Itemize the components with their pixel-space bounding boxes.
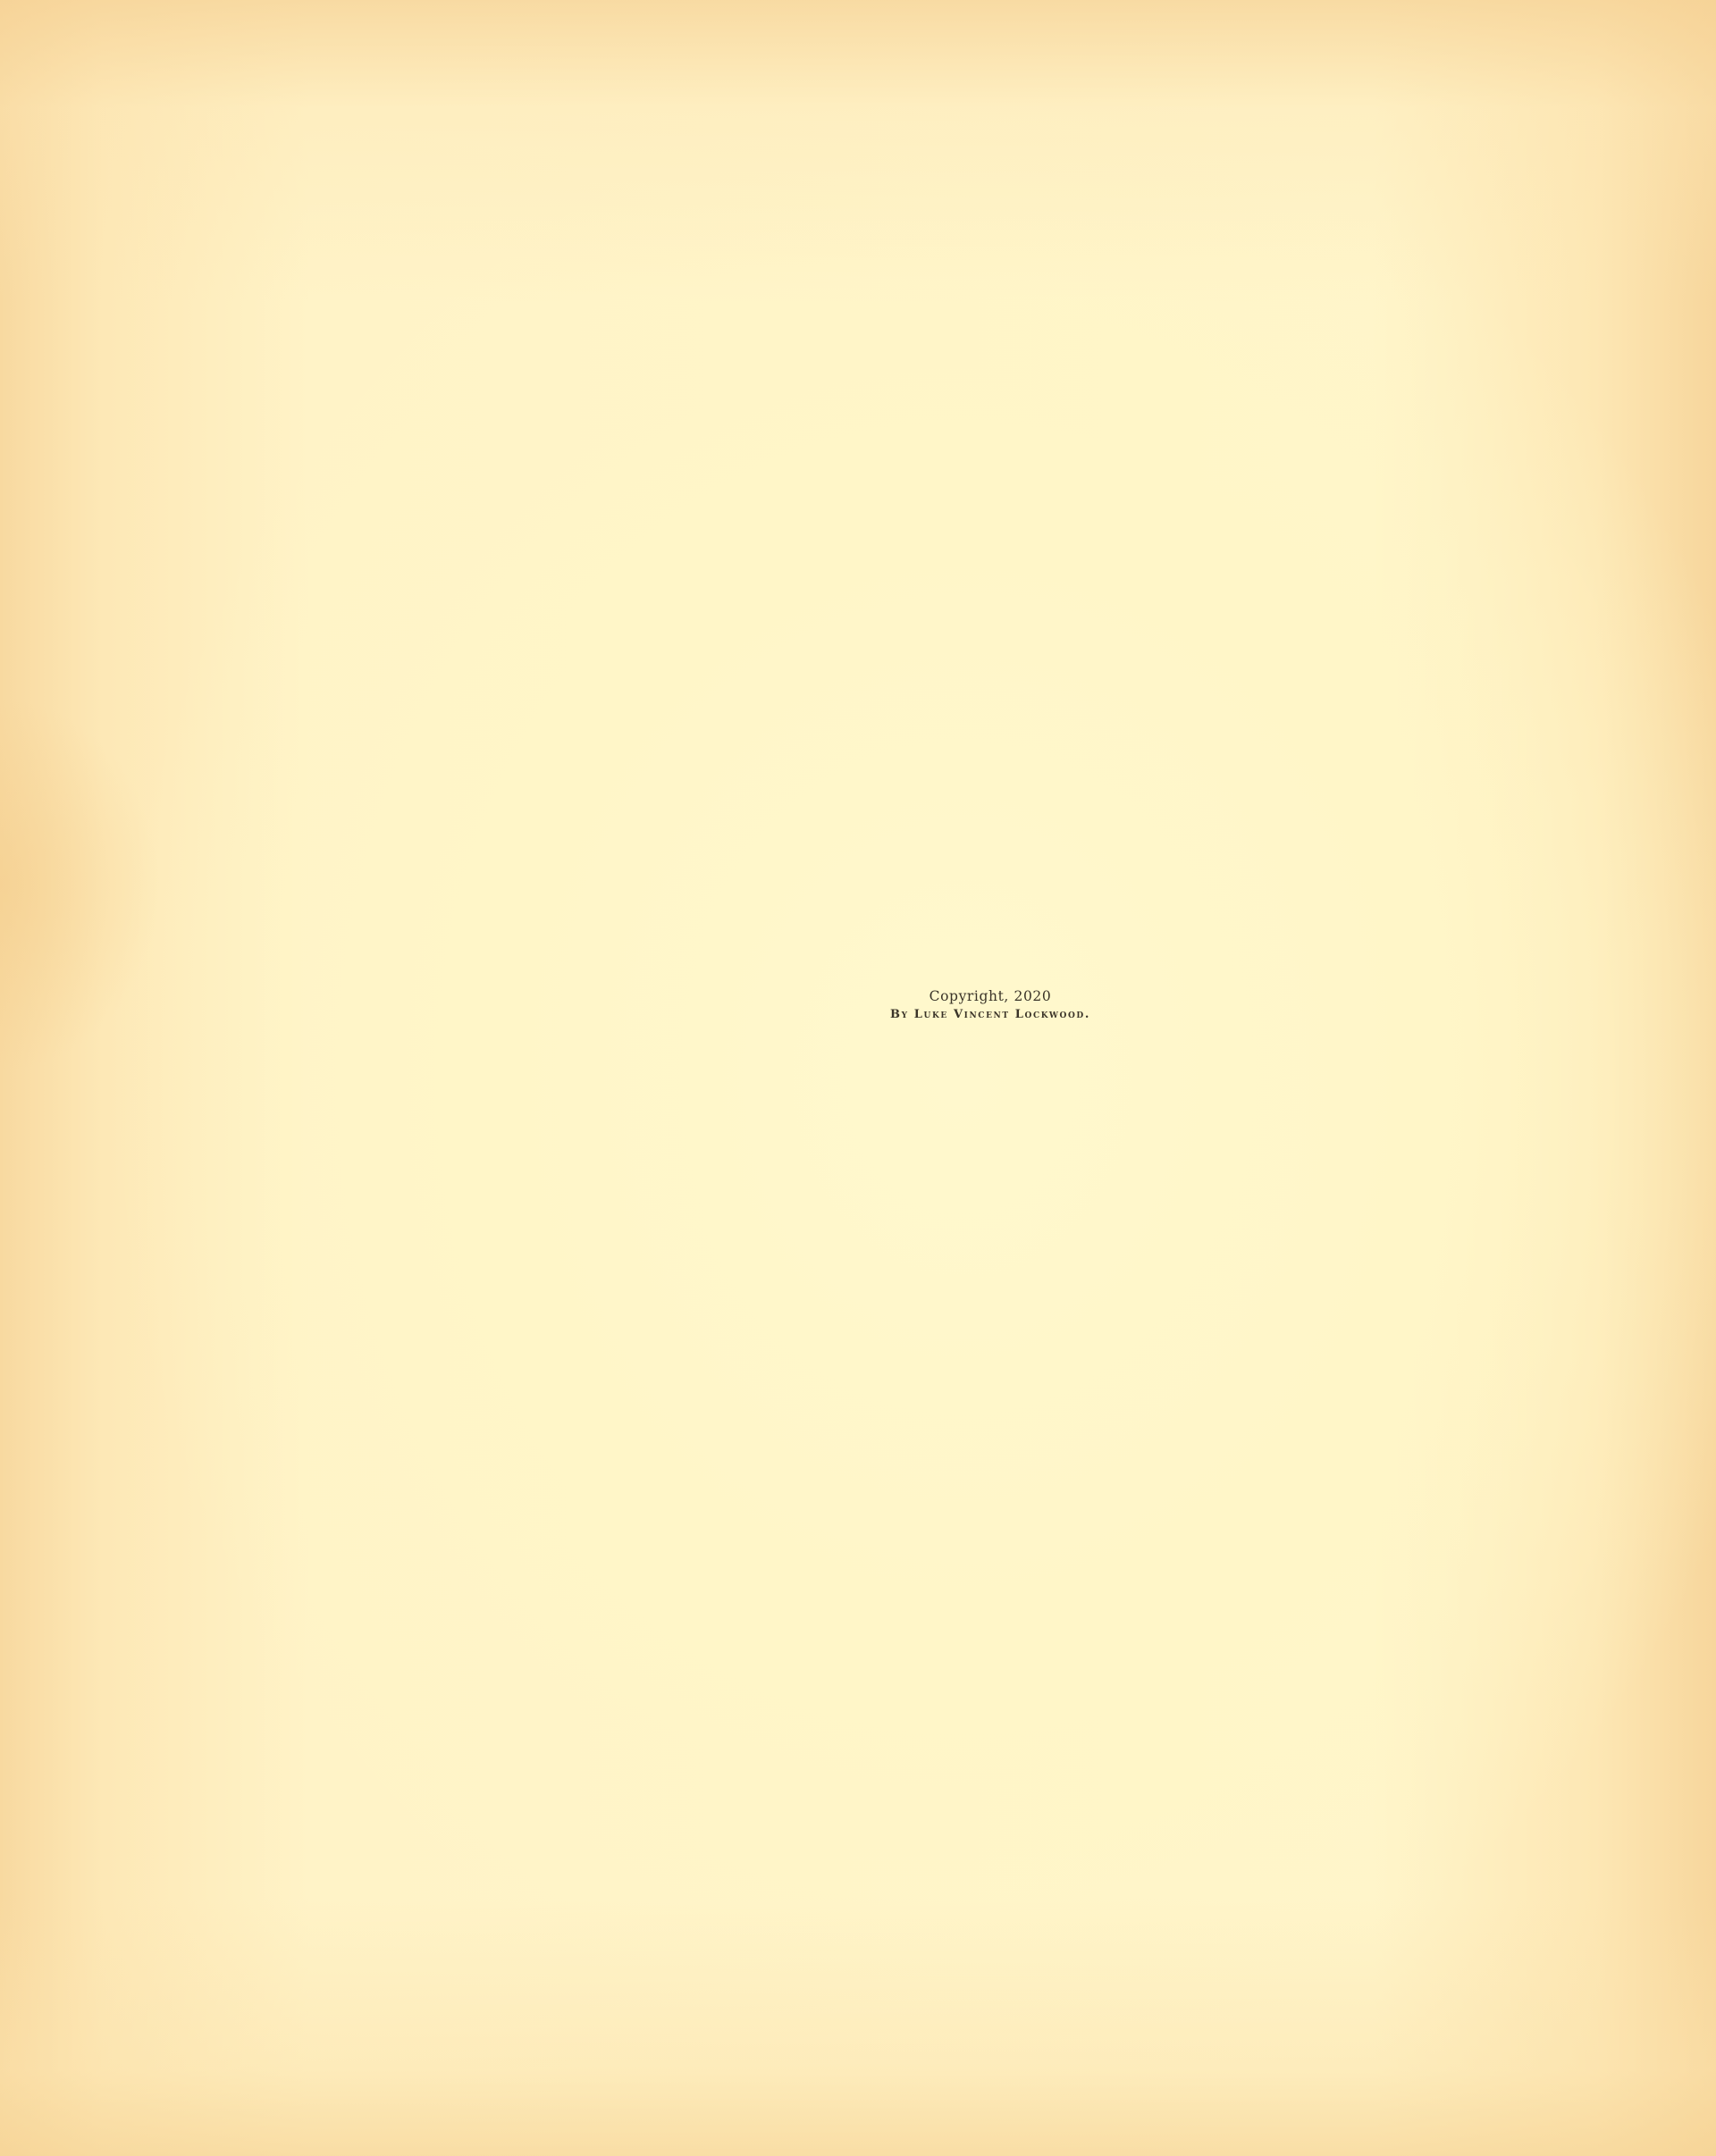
author-byline: By Luke Vincent Lockwood. xyxy=(812,1006,1169,1024)
copyright-line: Copyright, 2020 xyxy=(812,987,1169,1005)
copyright-notice: Copyright, 2020 By Luke Vincent Lockwood… xyxy=(812,987,1169,1024)
paper-page: Copyright, 2020 By Luke Vincent Lockwood… xyxy=(0,0,1716,2156)
